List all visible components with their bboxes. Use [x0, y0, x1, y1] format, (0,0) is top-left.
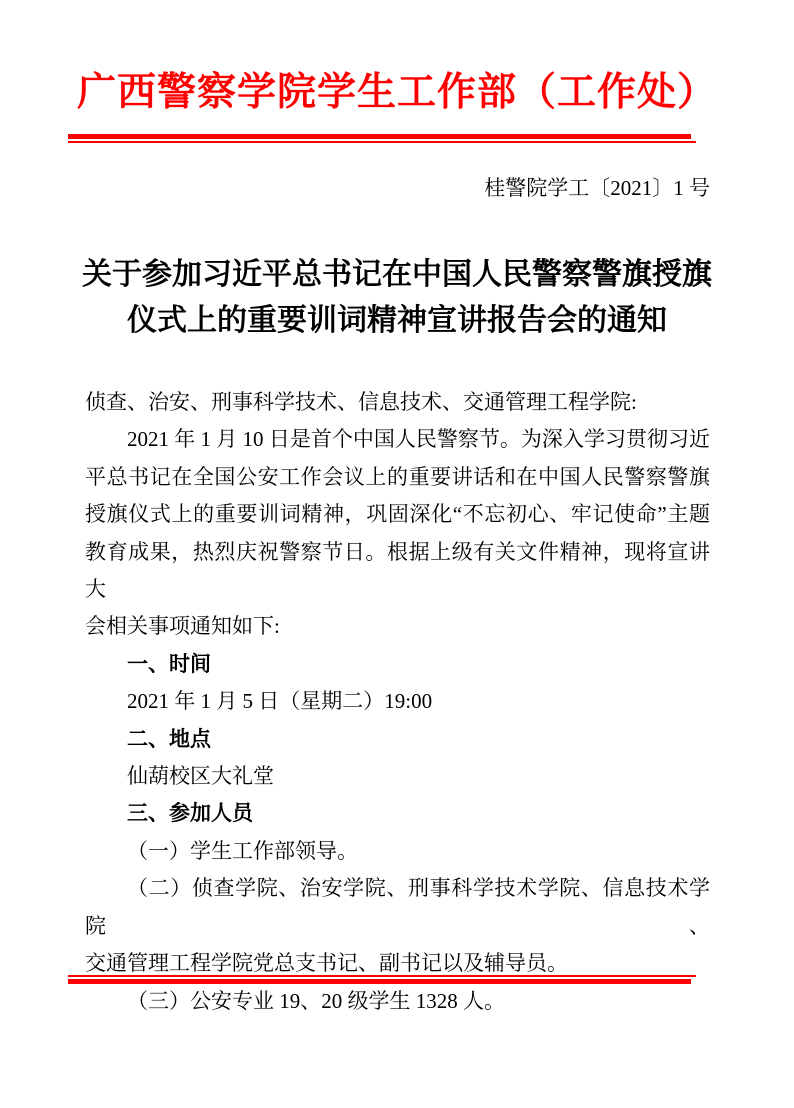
body-line-section-heading: 一、时间 [85, 646, 710, 683]
body-line: 教育成果，热烈庆祝警察节日。根据上级有关文件精神，现将宣讲大 [85, 534, 710, 609]
document-number: 桂警院学工〔2021〕1 号 [85, 172, 710, 204]
document-page: 广西警察学院学生工作部（工作处） 桂警院学工〔2021〕1 号 关于参加习近平总… [0, 0, 794, 1108]
body-line: 仙葫校区大礼堂 [85, 758, 710, 795]
body-line: （三）公安专业 19、20 级学生 1328 人。 [85, 983, 710, 1020]
notice-title-line1: 关于参加习近平总书记在中国人民警察警旗授旗 [0, 252, 794, 298]
body-text: 侦查、治安、刑事科学技术、信息技术、交通管理工程学院: 2021 年 1 月 1… [85, 384, 710, 1020]
body-line: 会相关事项通知如下: [85, 608, 710, 645]
body-line: （一）学生工作部领导。 [85, 833, 710, 870]
header-divider-thick [68, 134, 691, 139]
header-divider-thin [68, 141, 696, 143]
body-line: 2021 年 1 月 5 日（星期二）19:00 [85, 683, 710, 720]
body-line-section-heading: 二、地点 [85, 721, 710, 758]
footer-divider-thin [68, 975, 696, 977]
notice-title-line2: 仪式上的重要训词精神宣讲报告会的通知 [0, 298, 794, 344]
body-line: 授旗仪式上的重要训词精神，巩固深化“不忘初心、牢记使命”主题 [85, 496, 710, 533]
footer-divider-thick [68, 979, 691, 984]
body-line: （二）侦查学院、治安学院、刑事科学技术学院、信息技术学院、 [85, 870, 710, 945]
agency-name-header: 广西警察学院学生工作部（工作处） [0, 63, 794, 123]
body-line: 2021 年 1 月 10 日是首个中国人民警察节。为深入学习贯彻习近 [85, 421, 710, 458]
notice-title: 关于参加习近平总书记在中国人民警察警旗授旗 仪式上的重要训词精神宣讲报告会的通知 [0, 252, 794, 344]
body-line: 侦查、治安、刑事科学技术、信息技术、交通管理工程学院: [85, 384, 710, 421]
body-line-section-heading: 三、参加人员 [85, 795, 710, 832]
body-line: 平总书记在全国公安工作会议上的重要讲话和在中国人民警察警旗 [85, 459, 710, 496]
